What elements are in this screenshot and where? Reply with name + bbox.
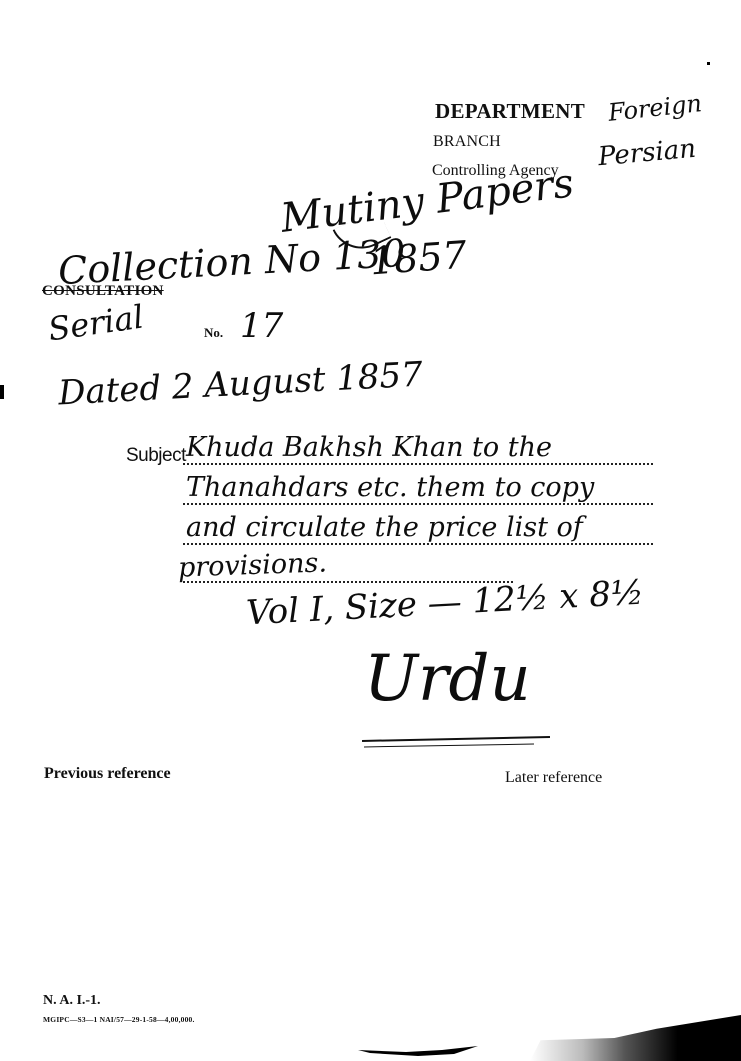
subject-label: Subject [126, 445, 186, 467]
serial-no-label: No. [204, 325, 223, 341]
serial-word: Serial [46, 298, 146, 349]
subject-line: provisions. [178, 547, 328, 583]
serial-number: 17 [240, 306, 283, 346]
scan-dot-artifact [707, 62, 710, 65]
edge-mark-artifact [0, 385, 4, 399]
subject-line: Khuda Bakhsh Khan to the [186, 432, 552, 463]
branch-value: Persian [597, 134, 697, 172]
language-underline [364, 744, 534, 748]
collection-year: 1857 [369, 233, 469, 284]
subject-dotted-rule [183, 503, 653, 505]
later-reference-label: Later reference [505, 769, 602, 787]
department-value: Foreign [607, 89, 703, 127]
scan-streak-artifact [358, 1046, 478, 1056]
subject-dotted-rule [183, 463, 653, 465]
scan-edge-artifact [530, 1015, 741, 1061]
branch-label: BRANCH [433, 133, 501, 151]
collection-title: Mutiny Papers [278, 160, 576, 242]
previous-reference-label: Previous reference [44, 765, 171, 783]
dated-line: Dated 2 August 1857 [57, 354, 423, 413]
language-value: Urdu [364, 642, 531, 716]
language-underline [362, 736, 550, 742]
subject-dotted-rule [183, 543, 653, 545]
consultation-label-struck: CONSULTATION [42, 283, 164, 300]
department-label: DEPARTMENT [435, 99, 585, 124]
form-code: N. A. I.-1. [43, 993, 101, 1009]
printer-imprint: MGIPC—S3—1 NAI/57—29-1-58—4,00,000. [43, 1015, 195, 1024]
subject-line: Thanahdars etc. them to copy [186, 472, 594, 503]
subject-line: and circulate the price list of [186, 512, 583, 543]
